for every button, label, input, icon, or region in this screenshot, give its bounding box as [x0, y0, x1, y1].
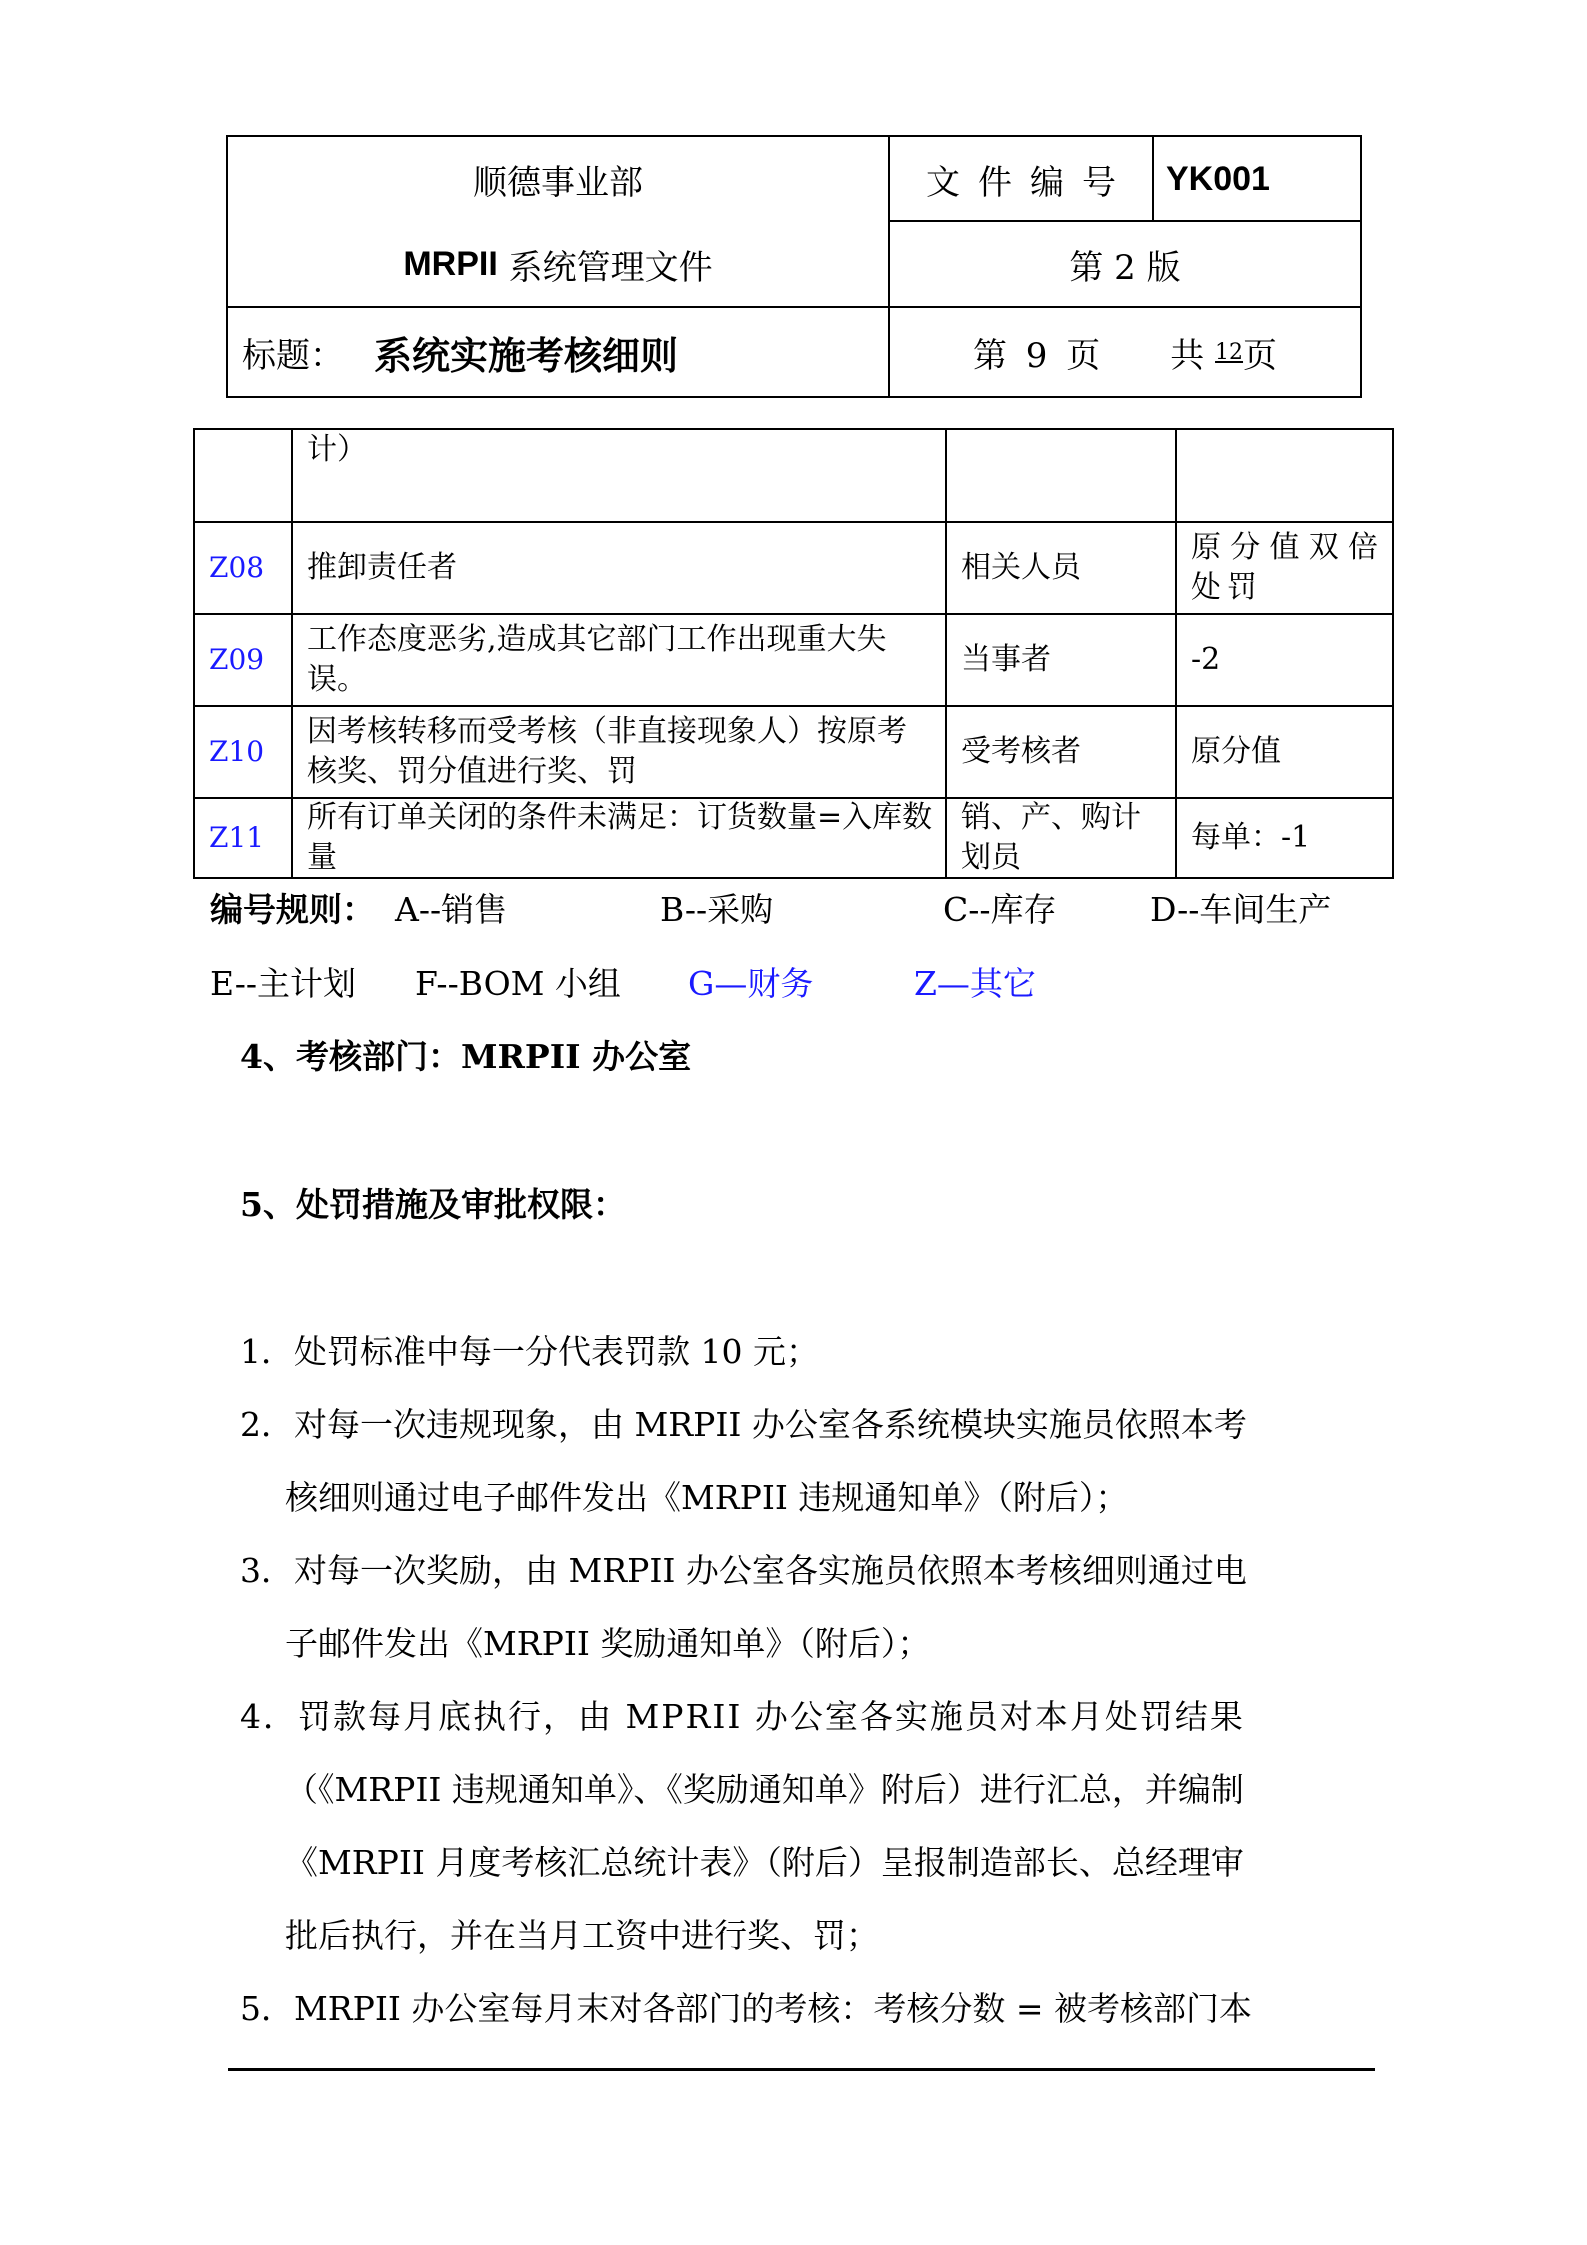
row-code: Z08	[195, 523, 305, 613]
title-label: 标题：	[242, 328, 344, 377]
page-number: 第 9 页	[973, 328, 1100, 377]
rule-e: E--主计划	[210, 962, 356, 1006]
section-5-heading: 5、处罚措施及审批权限：	[240, 1183, 626, 1227]
row-description: 因考核转移而受考核（非直接现象人）按原考核奖、罚分值进行奖、罚	[293, 707, 945, 797]
row-target: 相关人员	[947, 523, 1175, 613]
list-item-1: 1．处罚标准中每一分代表罚款 10 元；	[240, 1330, 819, 1374]
page-title: 系统实施考核细则	[374, 325, 678, 380]
rule-g: G—财务	[688, 962, 813, 1006]
title-row: 标题： 系统实施考核细则	[228, 308, 888, 396]
table-row-continuation-description: 计）	[293, 430, 945, 470]
page-total-prefix: 共	[1170, 328, 1215, 377]
rule-a: A--销售	[395, 888, 507, 932]
list-item-4-line-2: （《MRPII 违规通知单》、《奖励通知单》附后）进行汇总，并编制	[285, 1768, 1244, 1812]
document-header-table: 顺德事业部 MRPII 系统管理文件 文件编号 YK001 第 2 版 标题： …	[226, 135, 1362, 398]
footer-rule	[228, 2068, 1375, 2071]
rule-f: F--BOM 小组	[415, 962, 621, 1006]
section-4-heading: 4、考核部门：MRPII 办公室	[240, 1035, 691, 1079]
list-item-5-line-1: 5．MRPII 办公室每月末对各部门的考核：考核分数 = 被考核部门本	[240, 1987, 1252, 2031]
list-item-4-line-4: 批后执行，并在当月工资中进行奖、罚；	[285, 1914, 879, 1958]
row-score: 每单：-1	[1177, 799, 1392, 877]
assessment-table: 计） Z08 推卸责任者 相关人员 原分值双倍处罚 Z09 工作态度恶劣,造成其…	[193, 428, 1394, 879]
list-item-3-line-1: 3．对每一次奖励，由 MRPII 办公室各实施员依照本考核细则通过电	[240, 1549, 1247, 1593]
row-score: 原分值	[1177, 707, 1392, 797]
row-description: 推卸责任者	[293, 523, 945, 613]
page-indicator: 第 9 页 共 12页	[890, 308, 1360, 396]
row-target: 受考核者	[947, 707, 1175, 797]
doc-system-prefix: MRPII	[403, 245, 497, 284]
rule-c: C--库存	[943, 888, 1057, 932]
row-target: 销、产、购计划员	[947, 799, 1175, 877]
row-score: 原分值双倍处罚	[1177, 523, 1392, 613]
list-item-2-line-2: 核细则通过电子邮件发出《MRPII 违规通知单》（附后）；	[285, 1476, 1128, 1520]
rule-b: B--采购	[660, 888, 773, 932]
rule-d: D--车间生产	[1150, 888, 1331, 932]
row-target: 当事者	[947, 615, 1175, 705]
row-description: 所有订单关闭的条件未满足：订货数量=入库数量	[293, 799, 945, 877]
list-item-3-line-2: 子邮件发出《MRPII 奖励通知单》（附后）；	[285, 1622, 930, 1666]
doc-system-title: MRPII 系统管理文件	[228, 222, 888, 307]
doc-system-suffix: 系统管理文件	[498, 240, 713, 289]
doc-number: YK001	[1154, 137, 1360, 221]
list-item-2-line-1: 2．对每一次违规现象，由 MRPII 办公室各系统模块实施员依照本考	[240, 1403, 1247, 1447]
row-score: -2	[1177, 615, 1392, 705]
row-description: 工作态度恶劣,造成其它部门工作出现重大失误。	[293, 615, 945, 705]
rule-z: Z—其它	[914, 962, 1036, 1006]
row-code: Z11	[195, 799, 305, 877]
doc-number-label: 文件编号	[890, 137, 1152, 221]
numbering-rules-line-1: 编号规则：	[210, 888, 375, 932]
page-total: 12	[1215, 340, 1243, 365]
row-code: Z09	[195, 615, 305, 705]
rule-z-text: Z—其它	[914, 964, 1036, 1003]
numbering-rules-label: 编号规则：	[210, 890, 375, 929]
version: 第 2 版	[890, 222, 1360, 306]
row-code: Z10	[195, 707, 305, 797]
company-name: 顺德事业部	[228, 137, 888, 222]
list-item-4-line-1: 4．罚款每月底执行，由 MPRII 办公室各实施员对本月处罚结果	[240, 1695, 1245, 1739]
page-total-suffix: 页	[1243, 328, 1277, 377]
list-item-4-line-3: 《MRPII 月度考核汇总统计表》（附后）呈报制造部长、总经理审	[285, 1841, 1244, 1885]
